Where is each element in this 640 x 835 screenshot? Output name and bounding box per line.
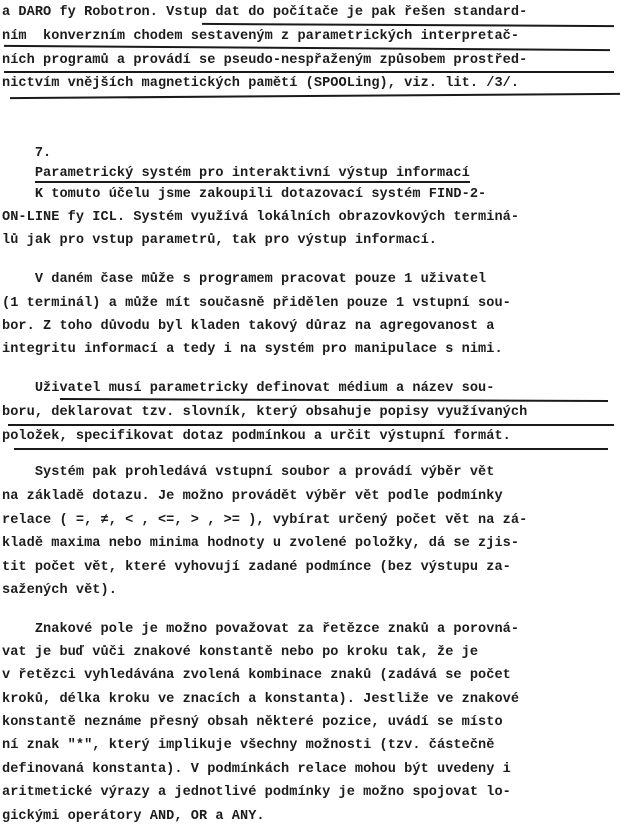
text-line: ON-LINE fy ICL. Systém využívá lokálních…	[2, 208, 519, 228]
text-line: nictvím vnějších magnetických pamětí (SP…	[2, 74, 519, 94]
text-line: V daném čase může s programem pracovat p…	[2, 270, 486, 290]
text-line: kladě maxima nebo minima hodnoty u zvole…	[2, 534, 519, 554]
section-title: Parametrický systém pro interaktivní výs…	[35, 166, 470, 183]
text-line: bor. Z toho důvodu byl kladen takový důr…	[2, 317, 494, 337]
text-line: aritmetické výrazy a jednotlivé podmínky…	[2, 783, 511, 803]
text-line: Uživatel musí parametricky definovat méd…	[2, 379, 494, 399]
text-line: vat je buď vůči znakové konstantě nebo p…	[2, 643, 478, 663]
section-number: 7.	[35, 146, 51, 161]
text-line: lů jak pro vstup parametrů, tak pro výst…	[2, 231, 437, 251]
text-line: definovaná konstanta). V podmínkách rela…	[2, 760, 511, 780]
text-line: integritu informací a tedy i na systém p…	[2, 340, 503, 360]
text-line: boru, deklarovat tzv. slovník, který obs…	[2, 403, 527, 423]
text-line: ním konverzním chodem sestaveným z param…	[2, 27, 519, 47]
text-line: Systém pak prohledává vstupní soubor a p…	[2, 463, 494, 483]
handwritten-underline	[4, 71, 614, 73]
text-line: položek, specifikovat dotaz podmínkou a …	[2, 427, 511, 447]
handwritten-underline	[14, 448, 608, 450]
text-line: relace ( =, ≠, < , <=, > , >= ), vybírat…	[2, 511, 527, 531]
text-line: konstantě neznáme přesný obsah některé p…	[2, 713, 503, 733]
scanned-typewritten-page: a DARO fy Robotron. Vstup dat do počítač…	[0, 0, 640, 835]
handwritten-underline	[60, 398, 608, 402]
text-line: (1 terminál) a může mít současně přiděle…	[2, 294, 511, 314]
text-line: kroků, délka kroku ve znacích a konstant…	[2, 690, 519, 710]
text-line: tit počet vět, které vyhovují zadané pod…	[2, 558, 511, 578]
handwritten-underline	[8, 424, 614, 426]
text-line: K tomuto účelu jsme zakoupili dotazovací…	[2, 185, 486, 205]
text-line: gickými operátory AND, OR a ANY.	[2, 807, 265, 827]
text-line: na základě dotazu. Je možno provádět výb…	[2, 487, 503, 507]
text-line: ních programů a provádí se pseudo-nespřa…	[2, 51, 527, 71]
text-line: v řetězci vyhledávána zvolená kombinace …	[2, 666, 511, 686]
text-line: Znakové pole je možno považovat za řetěz…	[2, 620, 519, 640]
text-line: a DARO fy Robotron. Vstup dat do počítač…	[2, 3, 527, 23]
text-line: sažených vět).	[2, 581, 117, 601]
text-line: ní znak "*", který implikuje všechny mož…	[2, 736, 494, 756]
